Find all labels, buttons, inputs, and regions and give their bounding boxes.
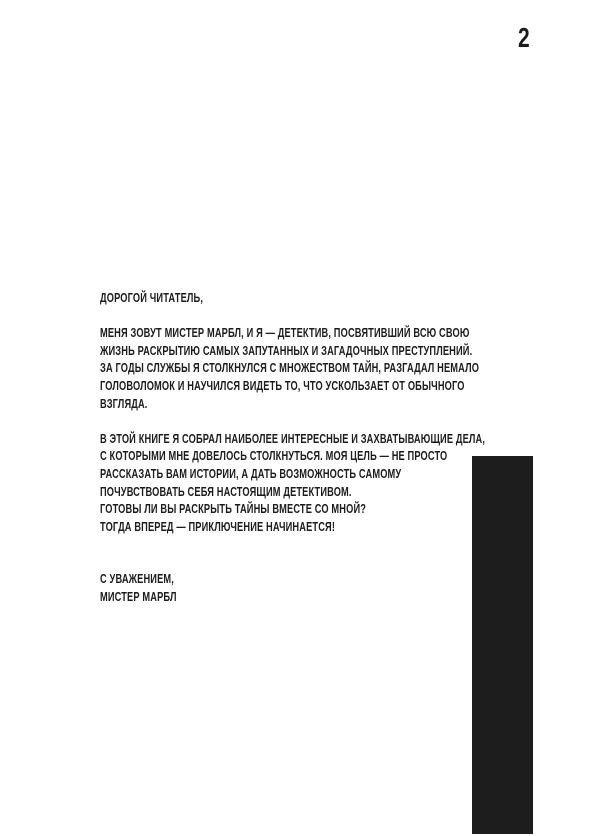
letter-line: с которыми мне довелось столкнуться. Моя… (100, 448, 485, 466)
letter-line: рассказать вам истории, а дать возможнос… (100, 466, 485, 484)
letter-text: Дорогой читатель, Меня зовут мистер Марб… (100, 290, 485, 607)
letter-signature: мистер Марбл (100, 589, 485, 607)
letter-line: Меня зовут мистер Марбл, и я — детектив,… (100, 325, 485, 343)
letter-paragraph-2: В этой книге я собрал наиболее интересны… (100, 431, 485, 537)
letter-line: За годы службы я столкнулся с множеством… (100, 360, 485, 378)
letter-line: Готовы ли вы раскрыть тайны вместе со мн… (100, 501, 485, 519)
page-number: 2 (518, 24, 530, 52)
letter-closing: С уважением, (100, 571, 485, 589)
letter-line: почувствовать себя настоящим детективом. (100, 484, 485, 502)
letter-line: жизнь раскрытию самых запутанных и загад… (100, 343, 485, 361)
decorative-black-bar (472, 456, 533, 834)
letter-line: Тогда вперед — приключение начинается! (100, 519, 485, 537)
letter-greeting: Дорогой читатель, (100, 290, 485, 308)
letter-line: взгляда. (100, 396, 485, 414)
letter-paragraph-1: Меня зовут мистер Марбл, и я — детектив,… (100, 325, 485, 413)
letter-line: головоломок и научился видеть то, что ус… (100, 378, 485, 396)
letter-line: В этой книге я собрал наиболее интересны… (100, 431, 485, 449)
